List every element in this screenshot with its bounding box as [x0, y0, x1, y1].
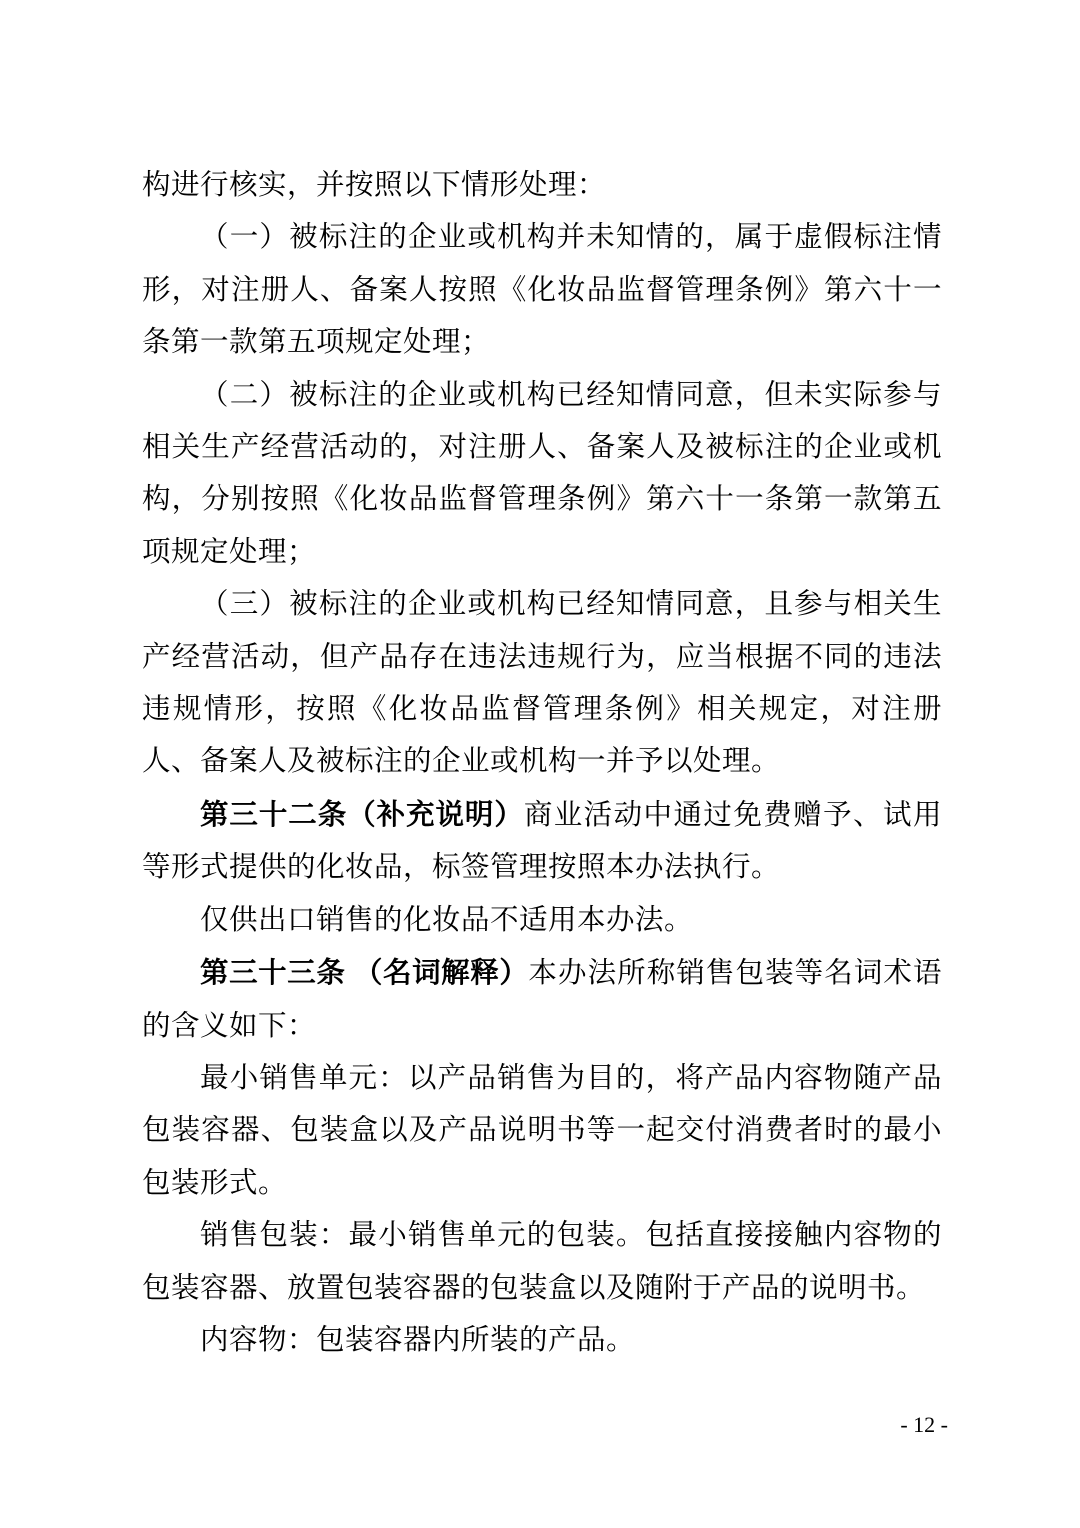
paragraph: 销售包装：最小销售单元的包装。包括直接接触内容物的包装容器、放置包装容器的包装盒… [142, 1210, 942, 1315]
article-heading: 第三十三条 （名词解释） [200, 957, 528, 989]
document-body: 构进行核实，并按照以下情形处理：（一）被标注的企业或机构并未知情的，属于虚假标注… [142, 160, 942, 1367]
text-segment: （三）被标注的企业或机构已经知情同意，且参与相关生产经营活动，但产品存在违法违规… [142, 589, 942, 777]
text-segment: 仅供出口销售的化妆品不适用本办法。 [200, 905, 693, 936]
text-segment: （二）被标注的企业或机构已经知情同意，但未实际参与相关生产经营活动的，对注册人、… [142, 380, 942, 568]
paragraph: （一）被标注的企业或机构并未知情的，属于虚假标注情形，对注册人、备案人按照《化妆… [142, 212, 942, 369]
paragraph: 最小销售单元：以产品销售为目的，将产品内容物随产品包装容器、包装盒以及产品说明书… [142, 1053, 942, 1210]
text-segment: 最小销售单元：以产品销售为目的，将产品内容物随产品包装容器、包装盒以及产品说明书… [142, 1063, 942, 1199]
paragraph: 内容物：包装容器内所装的产品。 [142, 1315, 942, 1367]
paragraph: 第三十二条（补充说明）商业活动中通过免费赠予、试用等形式提供的化妆品，标签管理按… [142, 789, 942, 895]
text-segment: 内容物：包装容器内所装的产品。 [200, 1325, 635, 1356]
paragraph: （三）被标注的企业或机构已经知情同意，且参与相关生产经营活动，但产品存在违法违规… [142, 579, 942, 789]
text-segment: 构进行核实，并按照以下情形处理： [142, 170, 606, 201]
paragraph: （二）被标注的企业或机构已经知情同意，但未实际参与相关生产经营活动的，对注册人、… [142, 370, 942, 580]
text-segment: 销售包装：最小销售单元的包装。包括直接接触内容物的包装容器、放置包装容器的包装盒… [142, 1220, 942, 1303]
paragraph: 构进行核实，并按照以下情形处理： [142, 160, 942, 212]
page-number: - 12 - [900, 1410, 948, 1440]
document-page: 构进行核实，并按照以下情形处理：（一）被标注的企业或机构并未知情的，属于虚假标注… [0, 0, 1080, 1528]
paragraph: 第三十三条 （名词解释）本办法所称销售包装等名词术语的含义如下： [142, 947, 942, 1053]
paragraph: 仅供出口销售的化妆品不适用本办法。 [142, 895, 942, 947]
article-heading: 第三十二条（补充说明） [200, 799, 524, 831]
text-segment: （一）被标注的企业或机构并未知情的，属于虚假标注情形，对注册人、备案人按照《化妆… [142, 222, 942, 358]
